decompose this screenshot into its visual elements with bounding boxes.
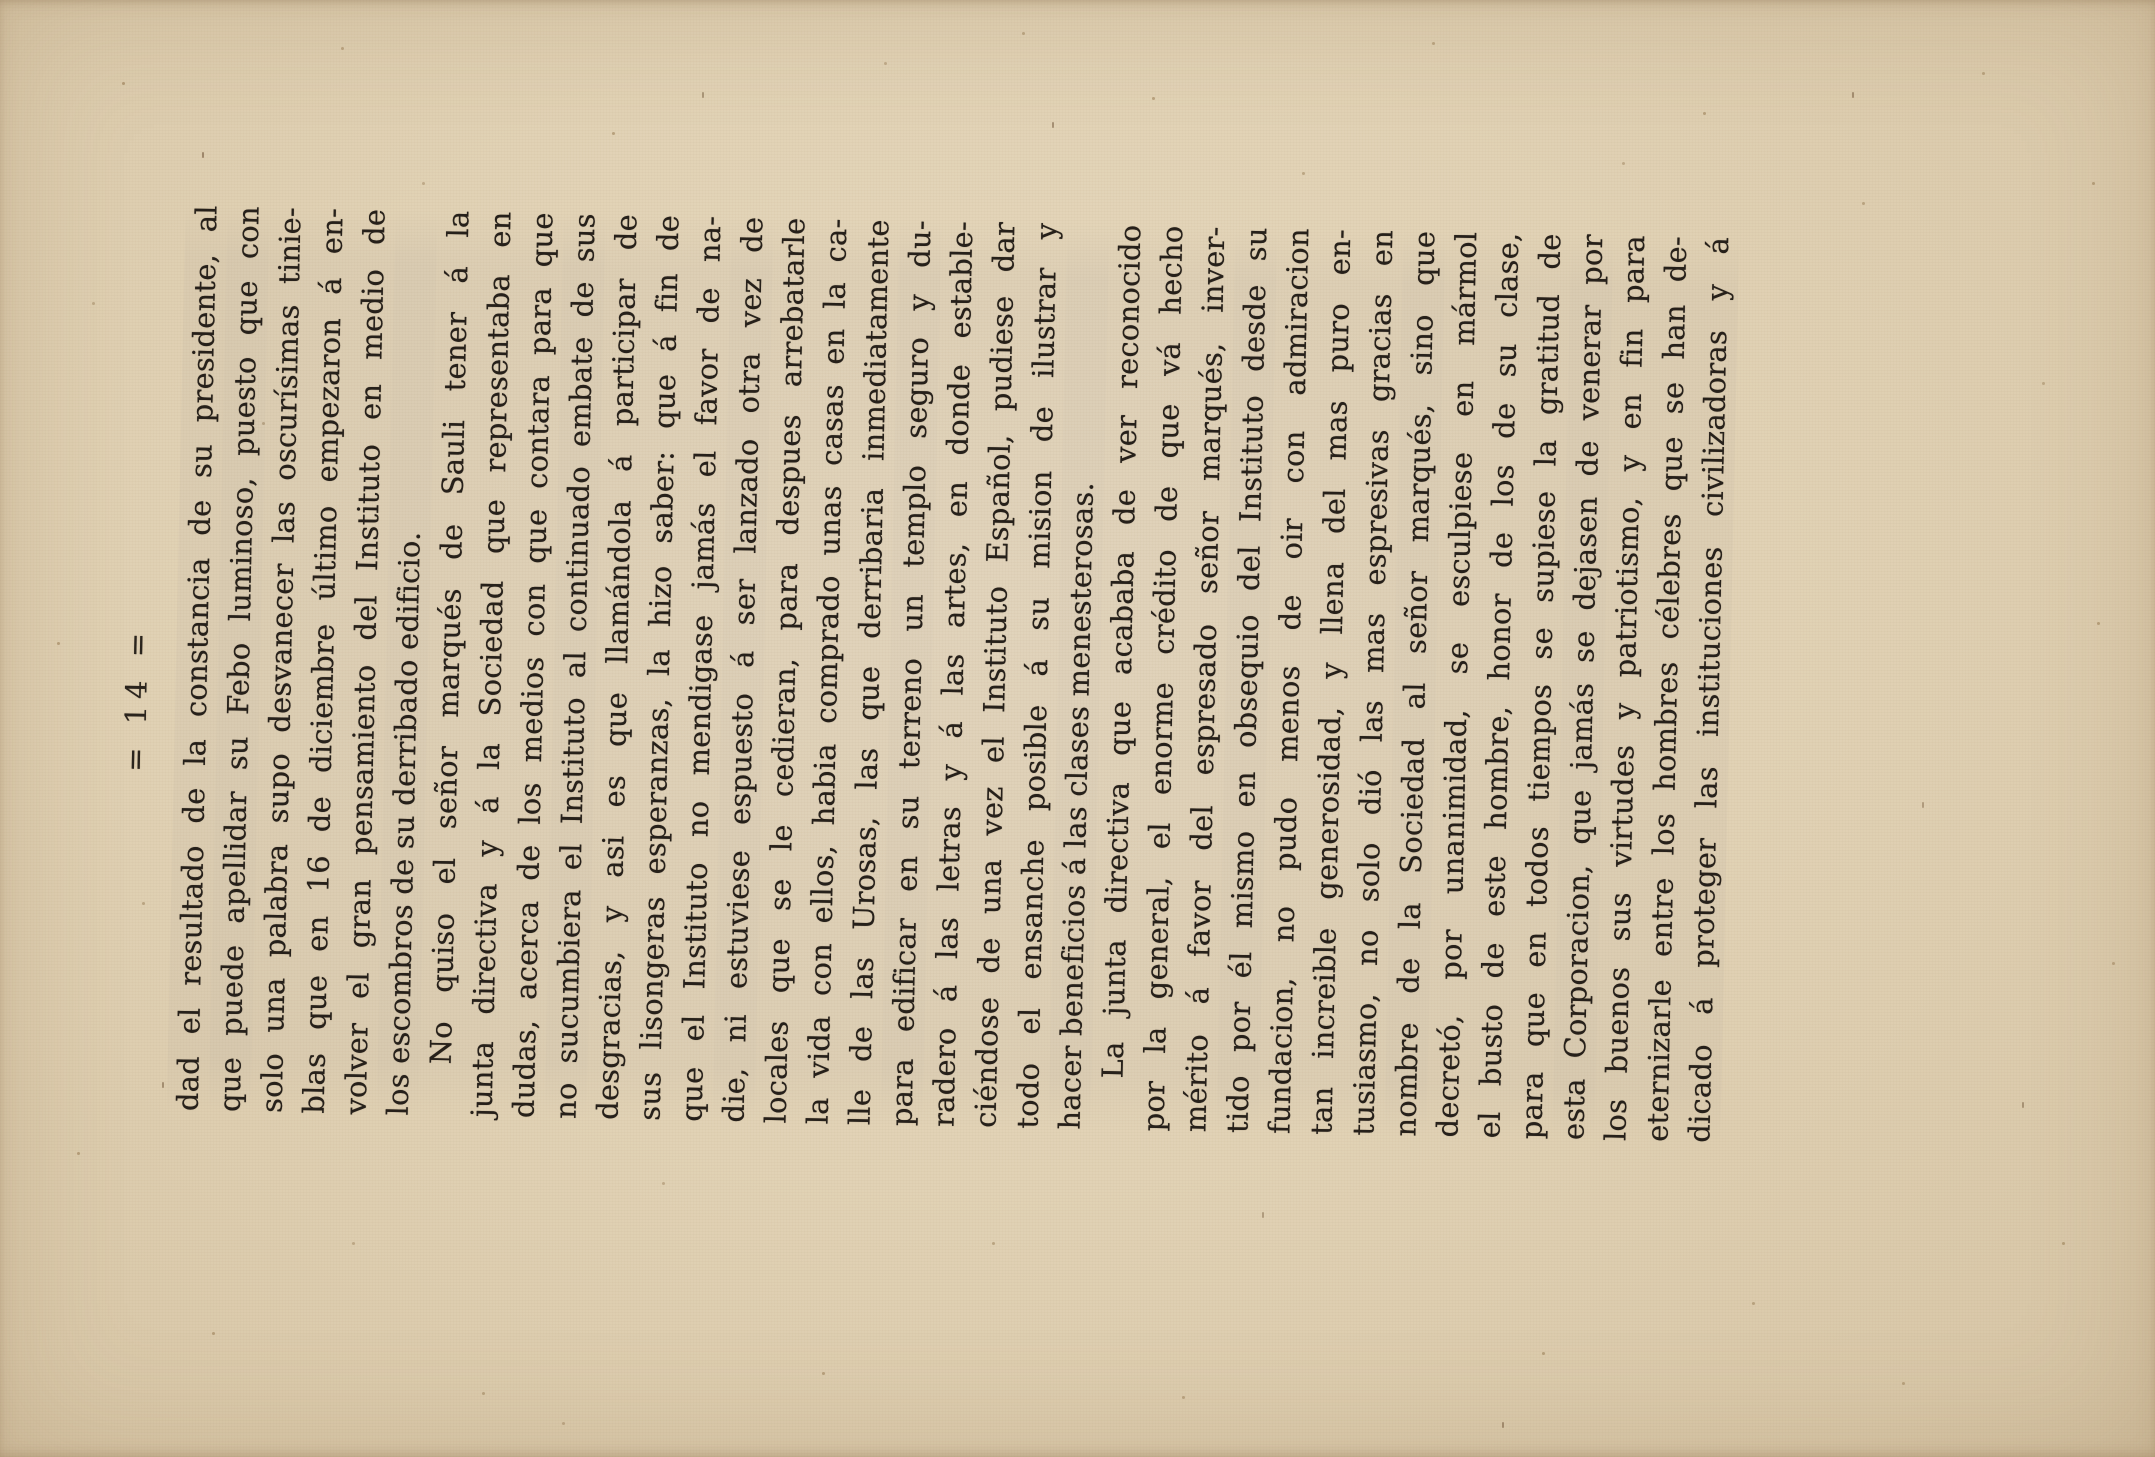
text-block: = 14 = dad el resultado de la constancia…	[109, 204, 1740, 1144]
body-text: dad el resultado de la constancia de su …	[167, 205, 1740, 1143]
page-number: = 14 =	[108, 246, 165, 1153]
rotated-page: = 14 = dad el resultado de la constancia…	[0, 0, 2155, 1457]
scanned-book-page: = 14 = dad el resultado de la constancia…	[0, 0, 2155, 1457]
